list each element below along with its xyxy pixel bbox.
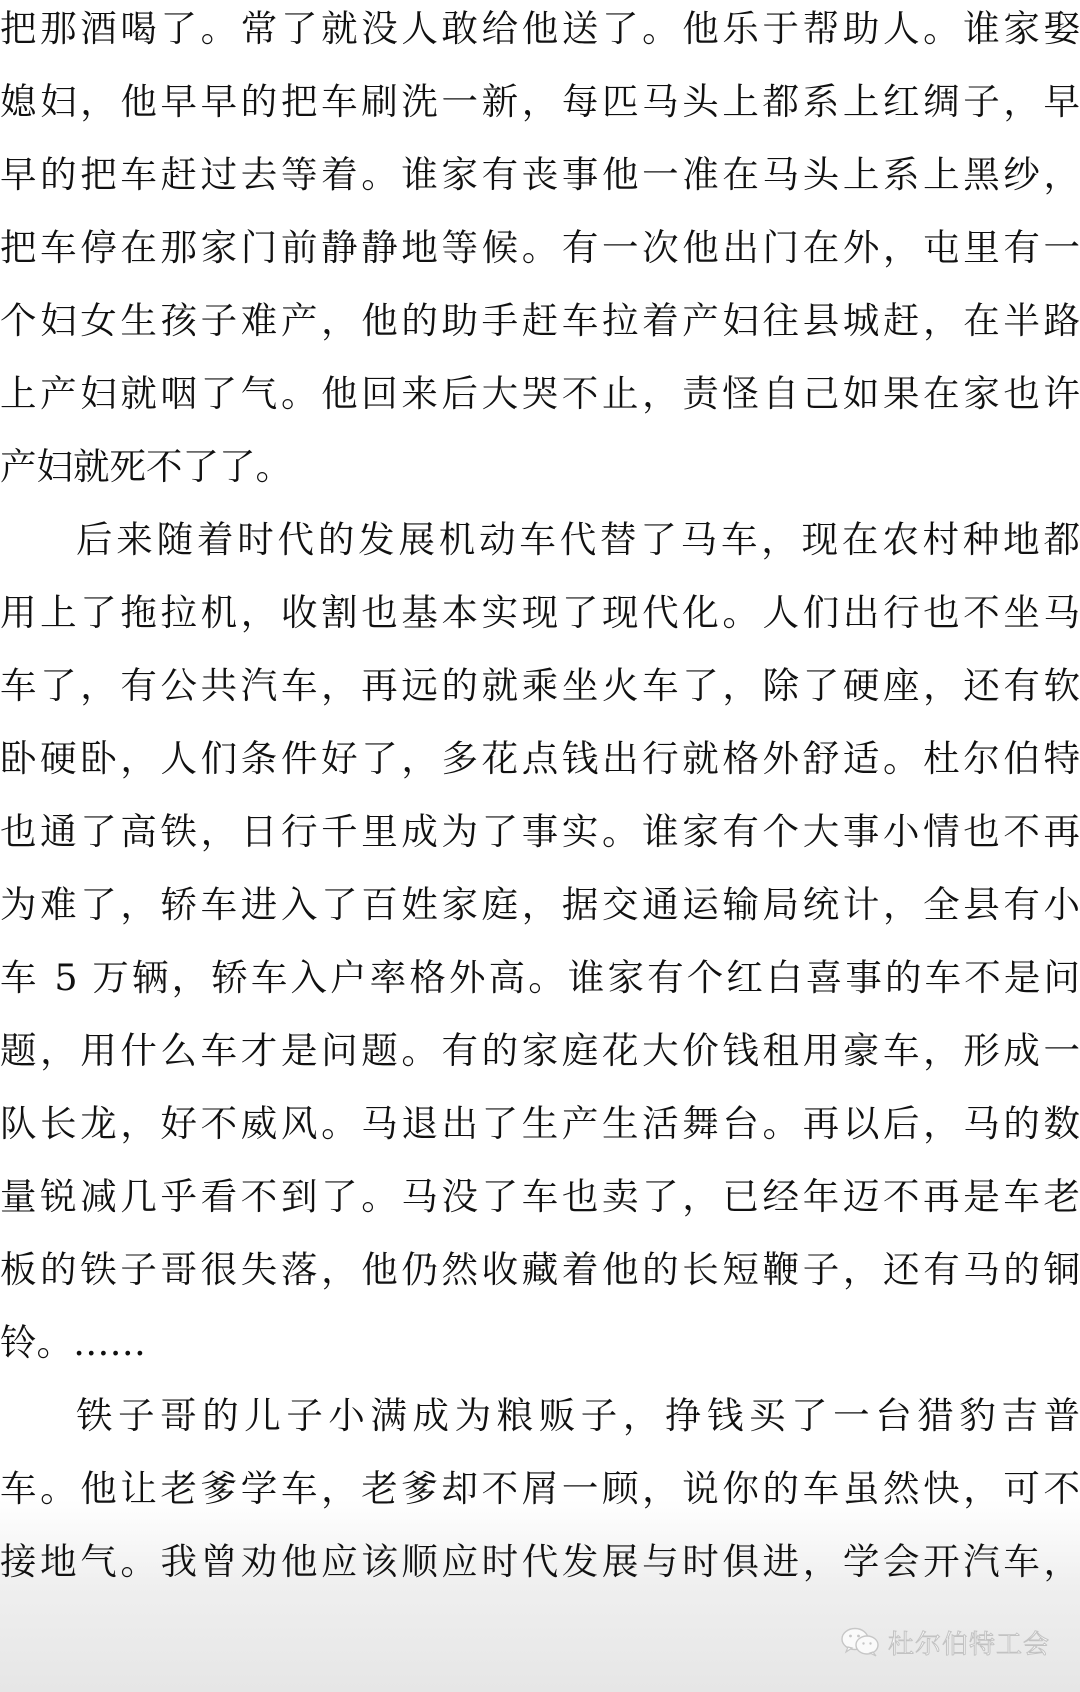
text-line: 车。他让老爹学车，老爹却不屑一顾，说你的车虽然快，可不: [0, 1464, 1080, 1514]
bottom-background-fade: [0, 1500, 1080, 1692]
text-line: 早的把车赶过去等着。谁家有丧事他一准在马头上系上黑纱，: [0, 150, 1080, 200]
text-line: 题，用什么车才是问题。有的家庭花大价钱租用豪车，形成一: [0, 1026, 1080, 1076]
watermark-label: 杜尔伯特工会: [888, 1624, 1050, 1661]
text-line: 车了，有公共汽车，再远的就乘坐火车了，除了硬座，还有软: [0, 661, 1080, 711]
text-line: 用上了拖拉机，收割也基本实现了现代化。人们出行也不坐马: [0, 588, 1080, 638]
source-watermark: 杜尔伯特工会: [840, 1625, 1050, 1659]
paragraph-start-line: 后来随着时代的发展机动车代替了马车，现在农村种地都: [0, 515, 1080, 565]
text-line: 上产妇就咽了气。他回来后大哭不止，责怪自己如果在家也许: [0, 369, 1080, 419]
text-line: 媳妇，他早早的把车刷洗一新，每匹马头上都系上红绸子，早: [0, 77, 1080, 127]
text-line: 个妇女生孩子难产，他的助手赶车拉着产妇往县城赶，在半路: [0, 296, 1080, 346]
text-line: 把车停在那家门前静静地等候。有一次他出门在外，屯里有一: [0, 223, 1080, 273]
text-line: 车 5 万辆，轿车入户率格外高。谁家有个红白喜事的车不是问: [0, 953, 1080, 1003]
text-line: 队长龙，好不威风。马退出了生产生活舞台。再以后，马的数: [0, 1099, 1080, 1149]
text-line: 接地气。我曾劝他应该顺应时代发展与时俱进，学会开汽车，: [0, 1537, 1080, 1587]
text-line: 量锐减几乎看不到了。马没了车也卖了，已经年迈不再是车老: [0, 1172, 1080, 1222]
document-page: 把那酒喝了。常了就没人敢给他送了。他乐于帮助人。谁家娶 媳妇，他早早的把车刷洗一…: [0, 0, 1080, 1692]
text-line: 也通了高铁，日行千里成为了事实。谁家有个大事小情也不再: [0, 807, 1080, 857]
text-line: 铃。……: [0, 1318, 1080, 1368]
text-line: 为难了，轿车进入了百姓家庭，据交通运输局统计，全县有小: [0, 880, 1080, 930]
text-line: 卧硬卧，人们条件好了，多花点钱出行就格外舒适。杜尔伯特: [0, 734, 1080, 784]
text-line: 板的铁子哥很失落，他仍然收藏着他的长短鞭子，还有马的铜: [0, 1245, 1080, 1295]
text-line: 产妇就死不了了。: [0, 442, 1080, 492]
wechat-icon: [840, 1626, 882, 1658]
text-line: 把那酒喝了。常了就没人敢给他送了。他乐于帮助人。谁家娶: [0, 4, 1080, 54]
paragraph-start-line: 铁子哥的儿子小满成为粮贩子，挣钱买了一台猎豹吉普: [0, 1391, 1080, 1441]
